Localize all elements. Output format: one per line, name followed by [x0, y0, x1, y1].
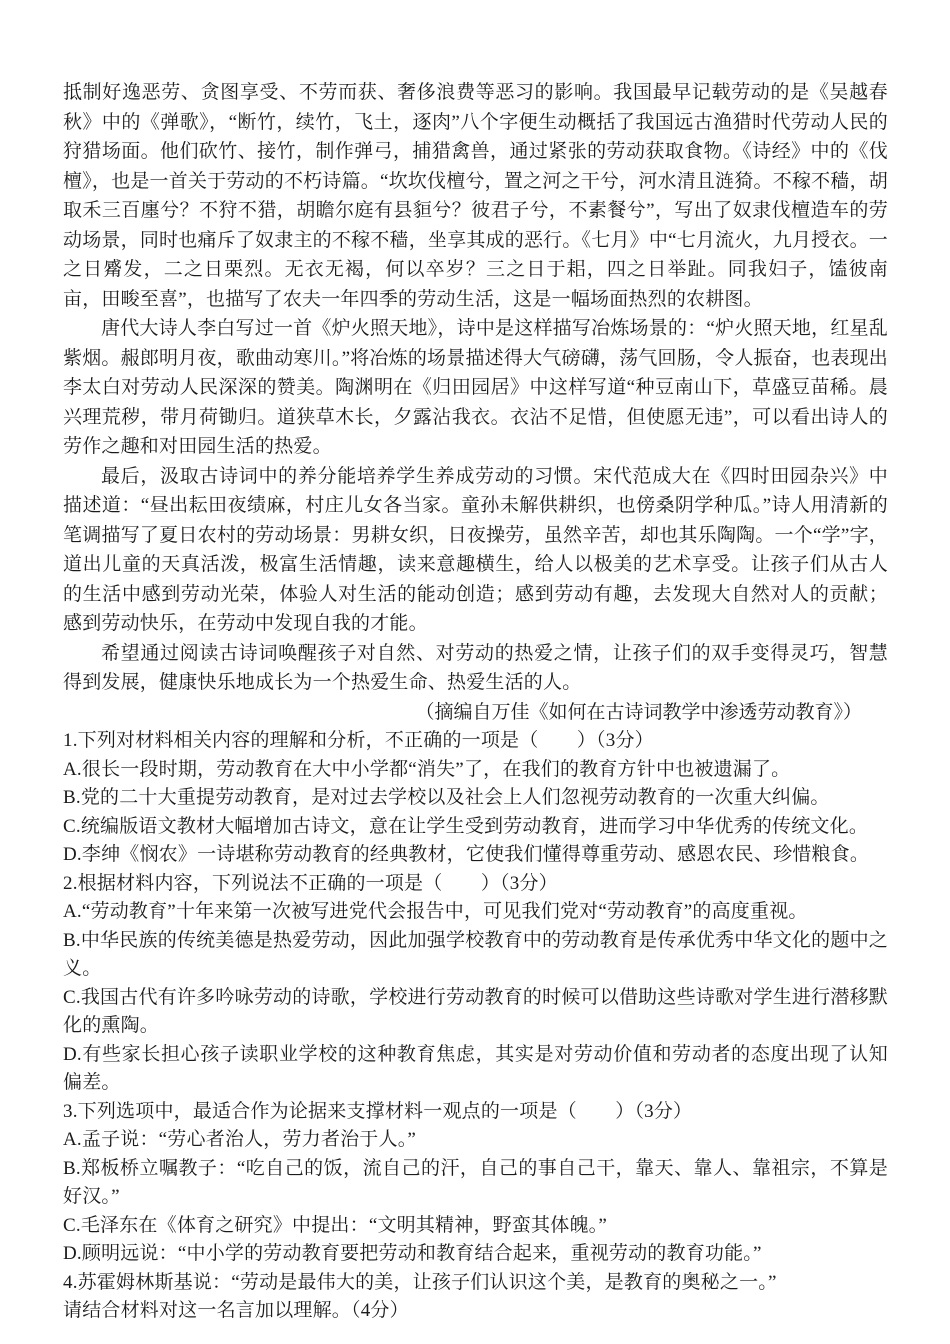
question-3-option-a: A.孟子说：“劳心者治人，劳力者治于人。”	[63, 1126, 888, 1155]
reading-passage-paragraph-1: 抵制好逸恶劳、贪图享受、不劳而获、奢侈浪费等恶习的影响。我国最早记载劳动的是《吴…	[63, 78, 888, 314]
question-2-option-c: C.我国古代有许多吟咏劳动的诗歌，学校进行劳动教育的时候可以借助这些诗歌对学生进…	[63, 984, 888, 1041]
question-4-stem: 4.苏霍姆林斯基说：“劳动是最伟大的美，让孩子们认识这个美，是教育的奥秘之一。”	[63, 1269, 888, 1298]
page-content: 抵制好逸恶劳、贪图享受、不劳而获、奢侈浪费等恶习的影响。我国最早记载劳动的是《吴…	[63, 78, 888, 1326]
reading-passage-paragraph-2: 唐代大诗人李白写过一首《炉火照天地》，诗中是这样描写冶炼场景的：“炉火照天地，红…	[63, 314, 888, 462]
question-3: 3.下列选项中，最适合作为论据来支撑材料一观点的一项是（ ）（3分） A.孟子说…	[63, 1098, 888, 1269]
exam-document-page: 抵制好逸恶劳、贪图享受、不劳而获、奢侈浪费等恶习的影响。我国最早记载劳动的是《吴…	[0, 0, 950, 1344]
question-4-instruction: 请结合材料对这一名言加以理解。（4分）	[63, 1297, 888, 1326]
question-1-stem: 1.下列对材料相关内容的理解和分析，不正确的一项是（ ）（3分）	[63, 727, 888, 756]
question-1-option-a: A.很长一段时期，劳动教育在大中小学都“消失”了，在我们的教育方针中也被遗漏了。	[63, 756, 888, 785]
question-2-option-b: B.中华民族的传统美德是热爱劳动，因此加强学校教育中的劳动教育是传承优秀中华文化…	[63, 927, 888, 984]
question-2-option-d: D.有些家长担心孩子读职业学校的这种教育焦虑，其实是对劳动价值和劳动者的态度出现…	[63, 1041, 888, 1098]
question-3-stem: 3.下列选项中，最适合作为论据来支撑材料一观点的一项是（ ）（3分）	[63, 1098, 888, 1127]
reading-passage-paragraph-4: 希望通过阅读古诗词唤醒孩子对自然、对劳动的热爱之情，让孩子们的双手变得灵巧，智慧…	[63, 639, 888, 698]
question-4: 4.苏霍姆林斯基说：“劳动是最伟大的美，让孩子们认识这个美，是教育的奥秘之一。”…	[63, 1269, 888, 1326]
question-1-option-c: C.统编版语文教材大幅增加古诗文，意在让学生受到劳动教育，进而学习中华优秀的传统…	[63, 813, 888, 842]
question-2: 2.根据材料内容，下列说法不正确的一项是（ ）（3分） A.“劳动教育”十年来第…	[63, 870, 888, 1098]
question-1: 1.下列对材料相关内容的理解和分析，不正确的一项是（ ）（3分） A.很长一段时…	[63, 727, 888, 870]
question-3-option-c: C.毛泽东在《体育之研究》中提出：“文明其精神，野蛮其体魄。”	[63, 1212, 888, 1241]
question-1-option-b: B.党的二十大重提劳动教育，是对过去学校以及社会上人们忽视劳动教育的一次重大纠偏…	[63, 784, 888, 813]
question-1-option-d: D.李绅《悯农》一诗堪称劳动教育的经典教材，它使我们懂得尊重劳动、感恩农民、珍惜…	[63, 841, 888, 870]
source-attribution: （摘编自万佳《如何在古诗词教学中渗透劳动教育》）	[63, 698, 888, 728]
reading-passage-paragraph-3: 最后，汲取古诗词中的养分能培养学生养成劳动的习惯。宋代范成大在《四时田园杂兴》中…	[63, 462, 888, 639]
question-3-option-d: D.顾明远说：“中小学的劳动教育要把劳动和教育结合起来，重视劳动的教育功能。”	[63, 1240, 888, 1269]
question-2-option-a: A.“劳动教育”十年来第一次被写进党代会报告中，可见我们党对“劳动教育”的高度重…	[63, 898, 888, 927]
question-2-stem: 2.根据材料内容，下列说法不正确的一项是（ ）（3分）	[63, 870, 888, 899]
question-3-option-b: B.郑板桥立嘱教子：“吃自己的饭，流自己的汗，自己的事自己干，靠天、靠人、靠祖宗…	[63, 1155, 888, 1212]
